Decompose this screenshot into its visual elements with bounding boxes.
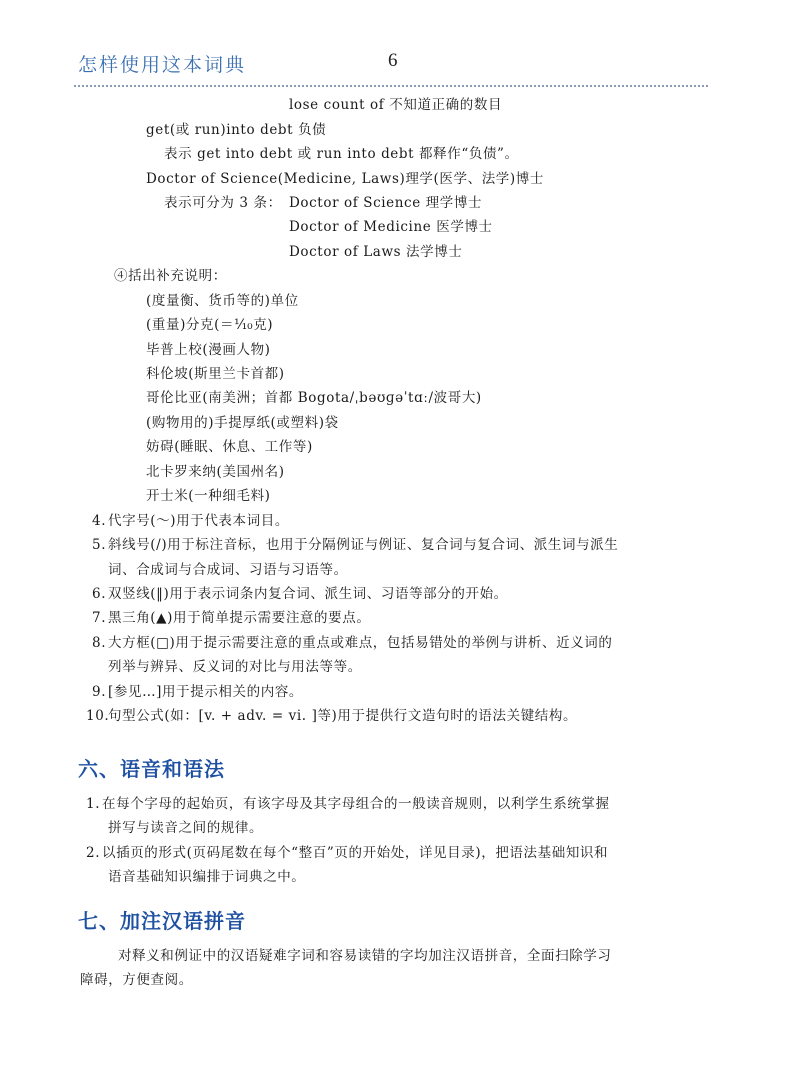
list-item-text: 大方框(□)用于提示需要注意的重点或难点，包括易错处的举例与讲析、近义词的 xyxy=(108,634,613,652)
supplement-item: 开士米(一种细毛料) xyxy=(146,487,271,505)
paragraph-line: 对释义和例证中的汉语疑难字词和容易读错的字均加注汉语拼音，全面扫除学习 xyxy=(118,947,612,965)
supplement-heading: ④括出补充说明： xyxy=(114,267,227,285)
list-item-number: 8. xyxy=(92,634,106,652)
running-header-title: 怎样使用这本词典 xyxy=(78,50,246,77)
example-doctor-item: Doctor of Medicine 医学博士 xyxy=(289,218,493,236)
list-item-text: [参见…]用于提示相关的内容。 xyxy=(108,683,303,701)
list-item-number: 7. xyxy=(92,609,106,627)
list-item-text: 词、合成词与合成词、习语与习语等。 xyxy=(108,561,348,579)
example-doctor-note-prefix: 表示可分为 3 条： xyxy=(164,194,282,212)
list-item-text: 语音基础知识编排于词典之中。 xyxy=(108,868,305,886)
supplement-item: 毕普上校(漫画人物) xyxy=(146,341,271,359)
list-item-number: 5. xyxy=(92,536,106,554)
supplement-item: 北卡罗来纳(美国州名) xyxy=(146,463,285,481)
example-lose-count: lose count of 不知道正确的数目 xyxy=(289,96,502,114)
example-doctor-item: Doctor of Science 理学博士 xyxy=(289,194,482,212)
list-item-number: 9. xyxy=(92,683,106,701)
list-item-number: 6. xyxy=(92,585,106,603)
section-heading-phonetics-grammar: 六、语音和语法 xyxy=(78,753,225,782)
list-item-text: 双竖线(‖)用于表示词条内复合词、派生词、习语等部分的开始。 xyxy=(108,585,508,603)
list-item-text: 斜线号(/)用于标注音标，也用于分隔例证与例证、复合词与复合词、派生词与派生 xyxy=(108,536,618,554)
supplement-item: (购物用的)手提厚纸(或塑料)袋 xyxy=(146,414,339,432)
supplement-item: (重量)分克(＝⅒克) xyxy=(146,316,273,334)
list-item-text: 在每个字母的起始页，有该字母及其字母组合的一般读音规则，以利学生系统掌握 xyxy=(102,795,610,813)
example-get-into-debt: get(或 run)into debt 负债 xyxy=(146,121,326,139)
example-doctor-item: Doctor of Laws 法学博士 xyxy=(289,243,462,261)
list-item-number: 10. xyxy=(86,707,109,725)
list-item-text: 以插页的形式(页码尾数在每个“整百”页的开始处，详见目录)，把语法基础知识和 xyxy=(102,844,608,862)
supplement-item: (度量衡、货币等的)单位 xyxy=(146,292,299,310)
example-doctor: Doctor of Science(Medicine, Laws)理学(医学、法… xyxy=(146,170,544,188)
page-number: 6 xyxy=(388,50,398,72)
list-item-text: 代字号(～)用于代表本词目。 xyxy=(108,512,289,530)
example-get-into-debt-note: 表示 get into debt 或 run into debt 都释作“负债”… xyxy=(164,145,519,163)
dictionary-page: 怎样使用这本词典 6 lose count of 不知道正确的数目 get(或 … xyxy=(0,0,790,1082)
header-dotted-rule xyxy=(74,85,708,87)
list-item-text: 句型公式(如：[v. + adv. = vi. ]等)用于提供行文造句时的语法关… xyxy=(108,707,577,725)
list-item-text: 拼写与读音之间的规律。 xyxy=(108,819,263,837)
list-item-text: 黑三角(▲)用于简单提示需要注意的要点。 xyxy=(108,609,370,627)
list-item-number: 2. xyxy=(86,844,100,862)
list-item-number: 4. xyxy=(92,512,106,530)
supplement-item: 哥伦比亚(南美洲；首都 Bogota/ˌbəʊɡəˈtɑː/波哥大) xyxy=(146,389,482,407)
list-item-text: 列举与辨异、反义词的对比与用法等等。 xyxy=(108,658,362,676)
section-heading-pinyin: 七、加注汉语拼音 xyxy=(78,905,246,934)
paragraph-line: 障碍，方便查阅。 xyxy=(80,971,193,989)
list-item-number: 1. xyxy=(86,795,100,813)
supplement-item: 妨碍(睡眠、休息、工作等) xyxy=(146,438,313,456)
supplement-item: 科伦坡(斯里兰卡首都) xyxy=(146,365,285,383)
